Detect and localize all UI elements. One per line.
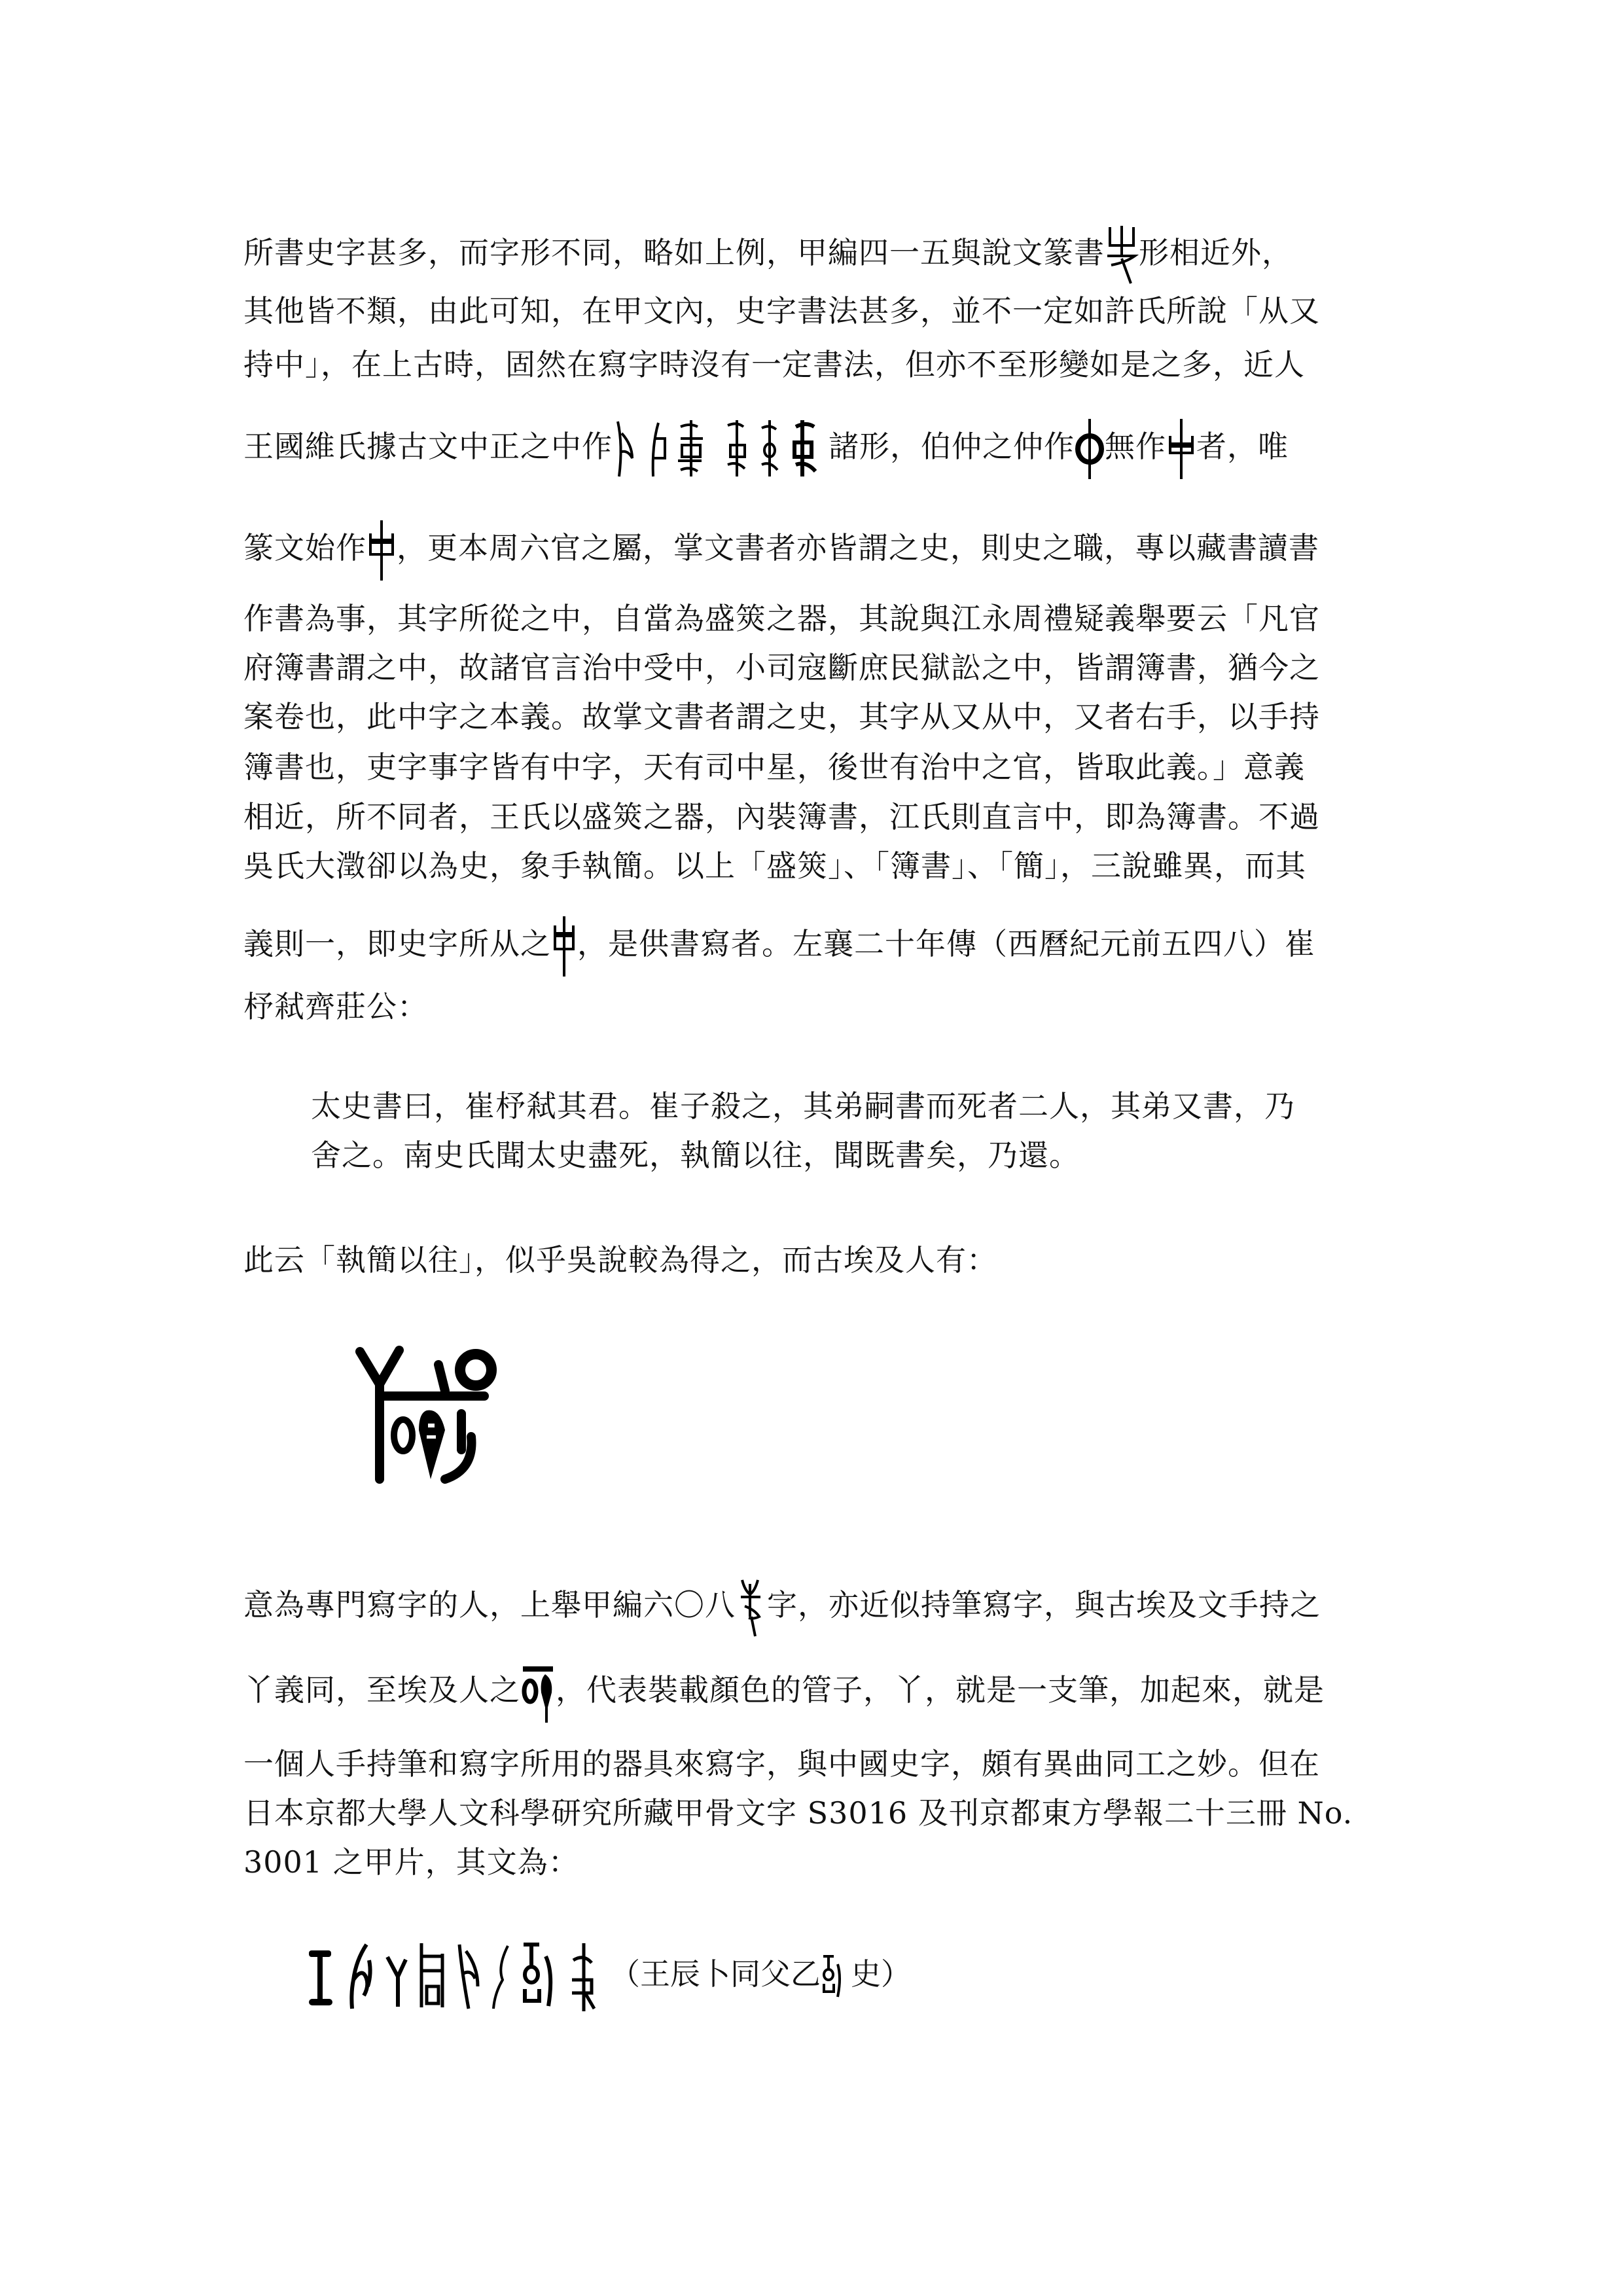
zhong-flag-icon — [551, 916, 577, 977]
text-segment: 篆文始作 — [243, 530, 366, 565]
zhong-circle-icon — [1075, 419, 1105, 479]
text-segment: 丫義同，至埃及人之 — [243, 1672, 520, 1708]
text-line: 所書史字甚多，而字形不同，略如上例，甲編四一五與說文篆書形相近外， — [243, 226, 1387, 285]
oracle-shi-icon — [565, 1941, 598, 2013]
text-line: 府簿書謂之中，故諸官言治中受中，小司寇斷庶民獄訟之中，皆謂簿書，猶今之 — [243, 648, 1387, 687]
oracle-chen-icon — [343, 1941, 376, 2013]
text-segment: 無作 — [1105, 429, 1166, 464]
inscription-gloss: （王辰卜同父乙史） — [610, 1954, 911, 2000]
text-line: 一個人手持筆和寫字所用的器具來寫字，與中國史字，頗有異曲同工之妙。但在 — [243, 1744, 1387, 1784]
text-line: 杼弒齊莊公： — [243, 987, 1387, 1026]
text-segment: ，代表裝載顏色的管子，丫，就是一支筆，加起來，就是 — [556, 1672, 1325, 1708]
text-line: 案卷也，此中字之本義。故掌文書者謂之史，其字从又从中，又者右手，以手持 — [243, 697, 1387, 736]
quote-line: 舍之。南史氏聞太史盡死，執簡以往，聞既書矣，乃還。 — [311, 1136, 1387, 1175]
oracle-wang-icon — [308, 1944, 334, 2009]
text-line: 其他皆不類，由此可知，在甲文內，史字書法甚多，並不一定如許氏所說「从又 — [243, 291, 1387, 331]
text-line: 篆文始作，更本周六官之屬，掌文書者亦皆謂之史，則史之職，專以藏書讀書 — [243, 520, 1387, 581]
text-segment: ，更本周六官之屬，掌文書者亦皆謂之史，則史之職，專以藏書讀書 — [397, 530, 1319, 565]
oracle-fu-icon — [455, 1941, 482, 2013]
text-segment: 王國維氏據古文中正之中作 — [243, 429, 613, 464]
oracle-inscription: （王辰卜同父乙史） — [308, 1941, 911, 2013]
text-line: 吳氏大澂卻以為史，象手執簡。以上「盛筴」、「簿書」、「簡」，三說雖異，而其 — [243, 846, 1387, 886]
text-segment: 意為專門寫字的人，上舉甲編六〇八 — [243, 1587, 736, 1623]
zhong-flag-icon — [366, 520, 397, 581]
text-line: 相近，所不同者，王氏以盛筴之器，內裝簿書，江氏則直言中，即為簿書。不過 — [243, 797, 1387, 836]
text-line: 3001 之甲片，其文為： — [243, 1842, 1387, 1882]
zhong-flag-icon — [1166, 419, 1196, 479]
text-line: 王國維氏據古文中正之中作諸形，伯仲之仲作無作者，唯 — [243, 419, 1387, 479]
text-line: 作書為事，其字所從之中，自當為盛筴之器，其說與江永周禮疑義舉要云「凡官 — [243, 599, 1387, 638]
text-line: 簿書也，吏字事字皆有中字，天有司中星，後世有治中之官，皆取此義。」意義 — [243, 747, 1387, 787]
text-segment: ，是供書寫者。左襄二十年傳（西曆紀元前五四八）崔 — [577, 926, 1315, 961]
oracle-bone-shi-icon — [736, 1577, 767, 1638]
text-line: 此云「執簡以往」，似乎吳說較為得之，而古埃及人有： — [243, 1240, 1387, 1280]
text-segment: 義則一，即史字所从之 — [243, 926, 551, 961]
egyptian-palette-icon — [520, 1662, 556, 1723]
text-line: 丫義同，至埃及人之，代表裝載顏色的管子，丫，就是一支筆，加起來，就是 — [243, 1662, 1387, 1723]
text-segment: 所書史字甚多，而字形不同，略如上例，甲編四一五與說文篆書 — [243, 235, 1105, 270]
oracle-bu-icon — [385, 1944, 408, 2009]
text-segment: 形相近外， — [1139, 235, 1293, 270]
egyptian-scribe-hieroglyph-icon — [353, 1345, 504, 1492]
text-line: 意為專門寫字的人，上舉甲編六〇八字，亦近似持筆寫字，與古埃及文手持之 — [243, 1577, 1387, 1638]
guwen-zhong-variants-icon — [613, 419, 829, 479]
gloss-text: （王辰卜同父乙 — [610, 1956, 821, 1992]
text-segment: 諸形，伯仲之仲作 — [829, 429, 1075, 464]
gloss-text-end: 史） — [851, 1956, 911, 1992]
oracle-yi-icon — [491, 1941, 510, 2013]
text-line: 持中」，在上古時，固然在寫字時沒有一定書法，但亦不至形變如是之多，近人 — [243, 345, 1387, 384]
text-line: 義則一，即史字所从之，是供書寫者。左襄二十年傳（西曆紀元前五四八）崔 — [243, 916, 1387, 977]
oracle-unknown-glyph-icon — [520, 1941, 556, 2013]
oracle-tong-icon — [418, 1941, 446, 2013]
oracle-unknown-glyph-small-icon — [821, 1954, 842, 2000]
seal-script-shi-icon — [1105, 226, 1139, 285]
quote-line: 太史書曰，崔杼弒其君。崔子殺之，其弟嗣書而死者二人，其弟又書，乃 — [311, 1086, 1387, 1126]
text-segment: 字，亦近似持筆寫字，與古埃及文手持之 — [767, 1587, 1321, 1623]
text-segment: 者，唯 — [1196, 429, 1289, 464]
text-line: 日本京都大學人文科學研究所藏甲骨文字 S3016 及刊京都東方學報二十三冊 No… — [243, 1793, 1387, 1833]
